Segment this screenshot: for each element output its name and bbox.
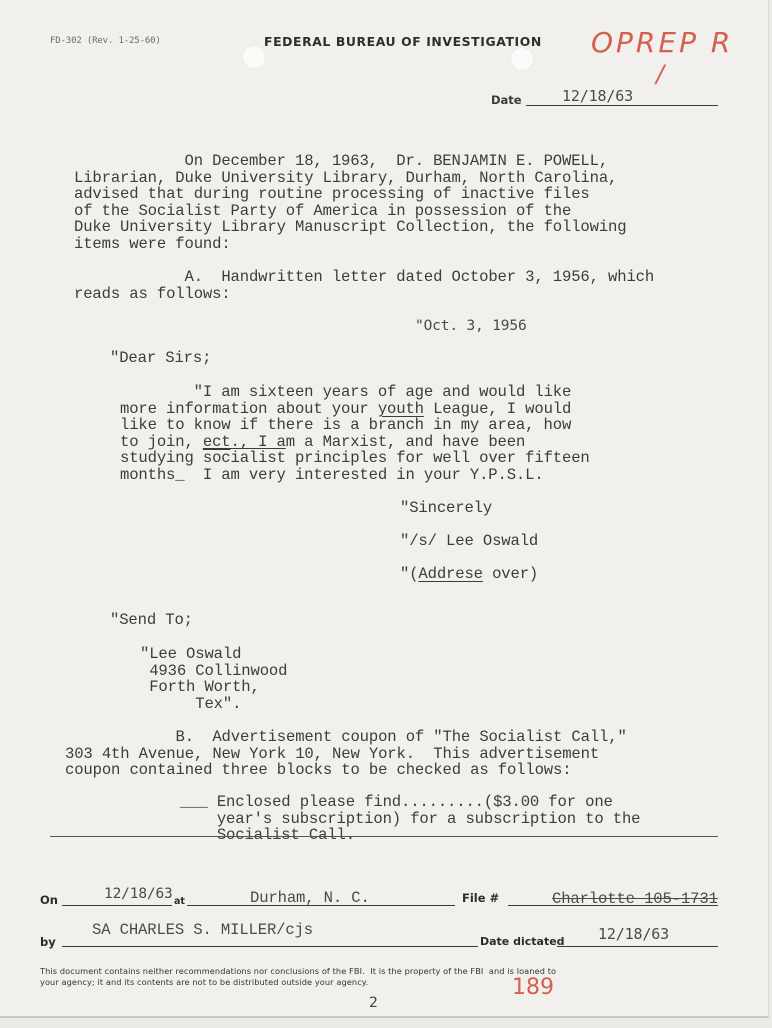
text-line: On December 18, 1963, Dr. BENJAMIN E. PO… — [74, 153, 608, 170]
file-label: File # — [462, 891, 499, 905]
at-value: Durham, N. C. — [250, 890, 370, 907]
letter-date: "Oct. 3, 1956 — [415, 318, 527, 335]
text-line: ___ Enclosed please find.........($3.00 … — [180, 794, 613, 811]
text-line: of the Socialist Party of America in pos… — [74, 203, 571, 220]
text-line: "Lee Oswald — [140, 646, 241, 663]
page-number: 2 — [369, 995, 378, 1011]
handwritten-mark: / — [656, 60, 664, 88]
text-line: your agency; it and its contents are not… — [40, 974, 368, 991]
text-line: B. Advertisement coupon of "The Socialis… — [65, 729, 627, 746]
date-dictated-label: Date dictated — [480, 935, 565, 948]
text-line: A. Handwritten letter dated October 3, 1… — [74, 269, 654, 286]
on-value: 12/18/63 — [104, 886, 173, 903]
text-line: Librarian, Duke University Library, Durh… — [74, 170, 617, 187]
text-line: reads as follows: — [74, 286, 231, 303]
on-label: On — [40, 893, 58, 907]
date-dictated-line — [557, 946, 718, 947]
send-to-label: "Send To; — [110, 612, 193, 629]
punch-hole-left — [243, 46, 265, 68]
date-label: Date — [491, 93, 522, 107]
text-line: Duke University Library Manuscript Colle… — [74, 219, 626, 236]
letter-line: months_ I am very interested in your Y.P… — [120, 467, 544, 484]
at-label: at — [174, 896, 185, 907]
letter-address-note: "(Addrese over) — [400, 566, 538, 583]
text-line: advised that during routine processing o… — [74, 186, 590, 203]
text-line: year's subscription) for a subscription … — [180, 811, 640, 828]
punch-hole-right — [511, 48, 533, 70]
letter-line: more information about your youth League… — [120, 401, 571, 418]
handwritten-annotation: OPREP R — [591, 26, 733, 59]
date-line — [526, 105, 718, 106]
text-line: coupon contained three blocks to be chec… — [65, 762, 571, 779]
by-line — [62, 946, 478, 947]
letter-line: like to know if there is a branch in my … — [120, 417, 571, 434]
text-line: 303 4th Avenue, New York 10, New York. T… — [65, 746, 599, 763]
section-divider — [50, 836, 718, 837]
letter-line: to join, ect., I am a Marxist, and have … — [120, 434, 525, 451]
text-line: Tex". — [140, 696, 241, 713]
letter-salutation: "Dear Sirs; — [110, 350, 211, 367]
text-line: 4936 Collinwood — [140, 663, 287, 680]
letter-closing: "Sincerely — [400, 500, 492, 517]
document-page: FD-302 (Rev. 1-25-60) FEDERAL BUREAU OF … — [0, 0, 769, 1018]
letter-line: studying socialist principles for well o… — [120, 450, 590, 467]
agency-title: FEDERAL BUREAU OF INVESTIGATION — [264, 34, 542, 49]
text-line: items were found: — [74, 236, 231, 253]
letter-line: "I am sixteen years of age and would lik… — [120, 384, 571, 401]
form-number: FD-302 (Rev. 1-25-60) — [50, 33, 161, 50]
date-value: 12/18/63 — [562, 88, 633, 105]
letter-signature: "/s/ Lee Oswald — [400, 533, 538, 550]
date-dictated-value: 12/18/63 — [598, 926, 669, 943]
by-label: by — [40, 935, 56, 949]
handwritten-page-number: 189 — [512, 975, 554, 1000]
text-line: Forth Worth, — [140, 679, 260, 696]
file-value-struck: Charlotte 105-1731 — [552, 891, 718, 908]
on-line — [62, 905, 172, 906]
by-value: SA CHARLES S. MILLER/cjs — [92, 922, 313, 939]
